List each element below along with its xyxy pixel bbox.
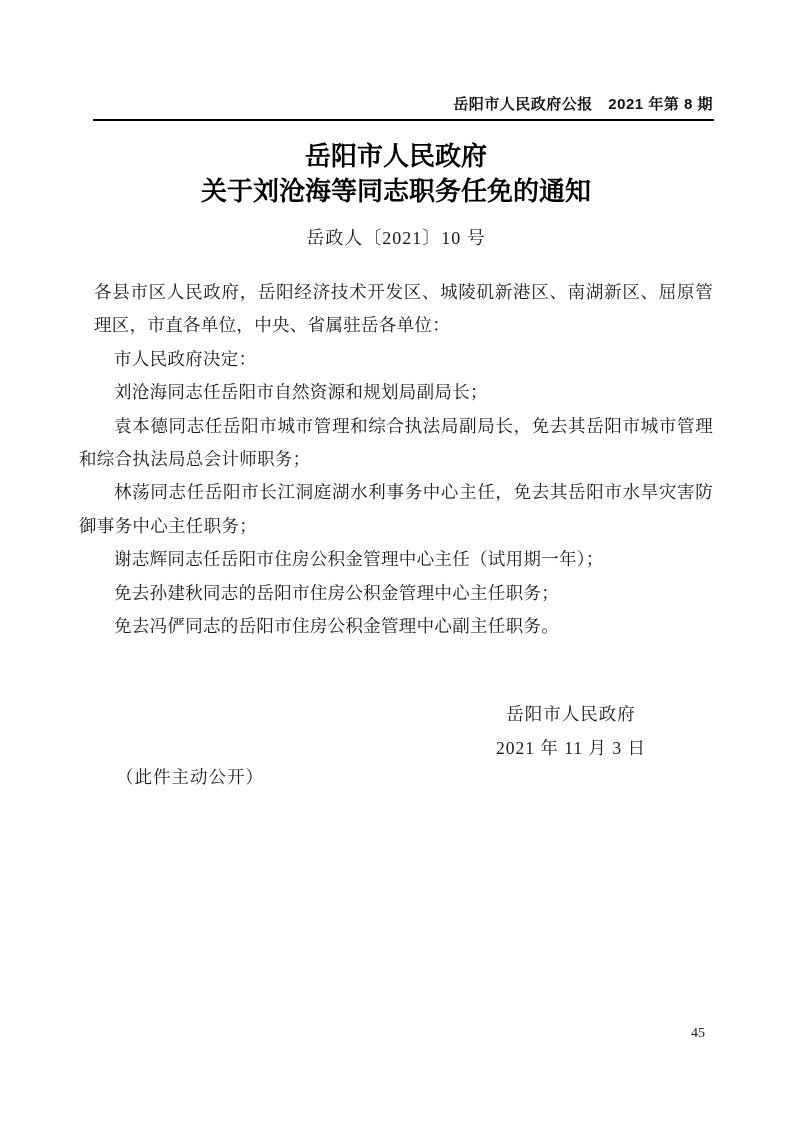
masthead-divider-rule — [93, 119, 714, 121]
gazette-page: 岳阳市人民政府公报 2021 年第 8 期 岳阳市人民政府 关于刘沧海等同志职务… — [0, 0, 793, 1122]
paragraph-removal-1: 免去孙建秋同志的岳阳市住房公积金管理中心主任职务； — [79, 577, 713, 610]
paragraph-appointment-3: 林荡同志任岳阳市长江洞庭湖水利事务中心主任，免去其岳阳市水旱灾害防御事务中心主任… — [79, 476, 713, 543]
masthead-running-head: 岳阳市人民政府公报 2021 年第 8 期 — [93, 93, 713, 114]
paragraph-decision-lead: 市人民政府决定： — [79, 343, 713, 376]
document-title-line1: 岳阳市人民政府 — [79, 139, 713, 174]
signature-issuer: 岳阳市人民政府 — [431, 697, 711, 731]
signature-block: 岳阳市人民政府 2021 年 11 月 3 日 — [431, 697, 711, 765]
document-number: 岳政人〔2021〕10 号 — [79, 224, 713, 250]
disclosure-note: （此件主动公开） — [116, 764, 264, 789]
paragraph-appointment-2: 袁本德同志任岳阳市城市管理和综合执法局副局长，免去其岳阳市城市管理和综合执法局总… — [79, 410, 713, 477]
document-title-line2: 关于刘沧海等同志职务任免的通知 — [79, 174, 713, 209]
page-number: 45 — [678, 1026, 718, 1042]
document-body: 各县市区人民政府，岳阳经济技术开发区、城陵矶新港区、南湖新区、屈原管理区，市直各… — [79, 276, 713, 643]
paragraph-removal-2: 免去冯俨同志的岳阳市住房公积金管理中心副主任职务。 — [79, 610, 713, 643]
paragraph-appointment-1: 刘沧海同志任岳阳市自然资源和规划局副局长； — [79, 376, 713, 409]
signature-date: 2021 年 11 月 3 日 — [431, 731, 711, 765]
document-title: 岳阳市人民政府 关于刘沧海等同志职务任免的通知 — [79, 139, 713, 209]
paragraph-appointment-4: 谢志辉同志任岳阳市住房公积金管理中心主任（试用期一年）； — [79, 543, 713, 576]
paragraph-addressee: 各县市区人民政府，岳阳经济技术开发区、城陵矶新港区、南湖新区、屈原管理区，市直各… — [94, 276, 713, 343]
